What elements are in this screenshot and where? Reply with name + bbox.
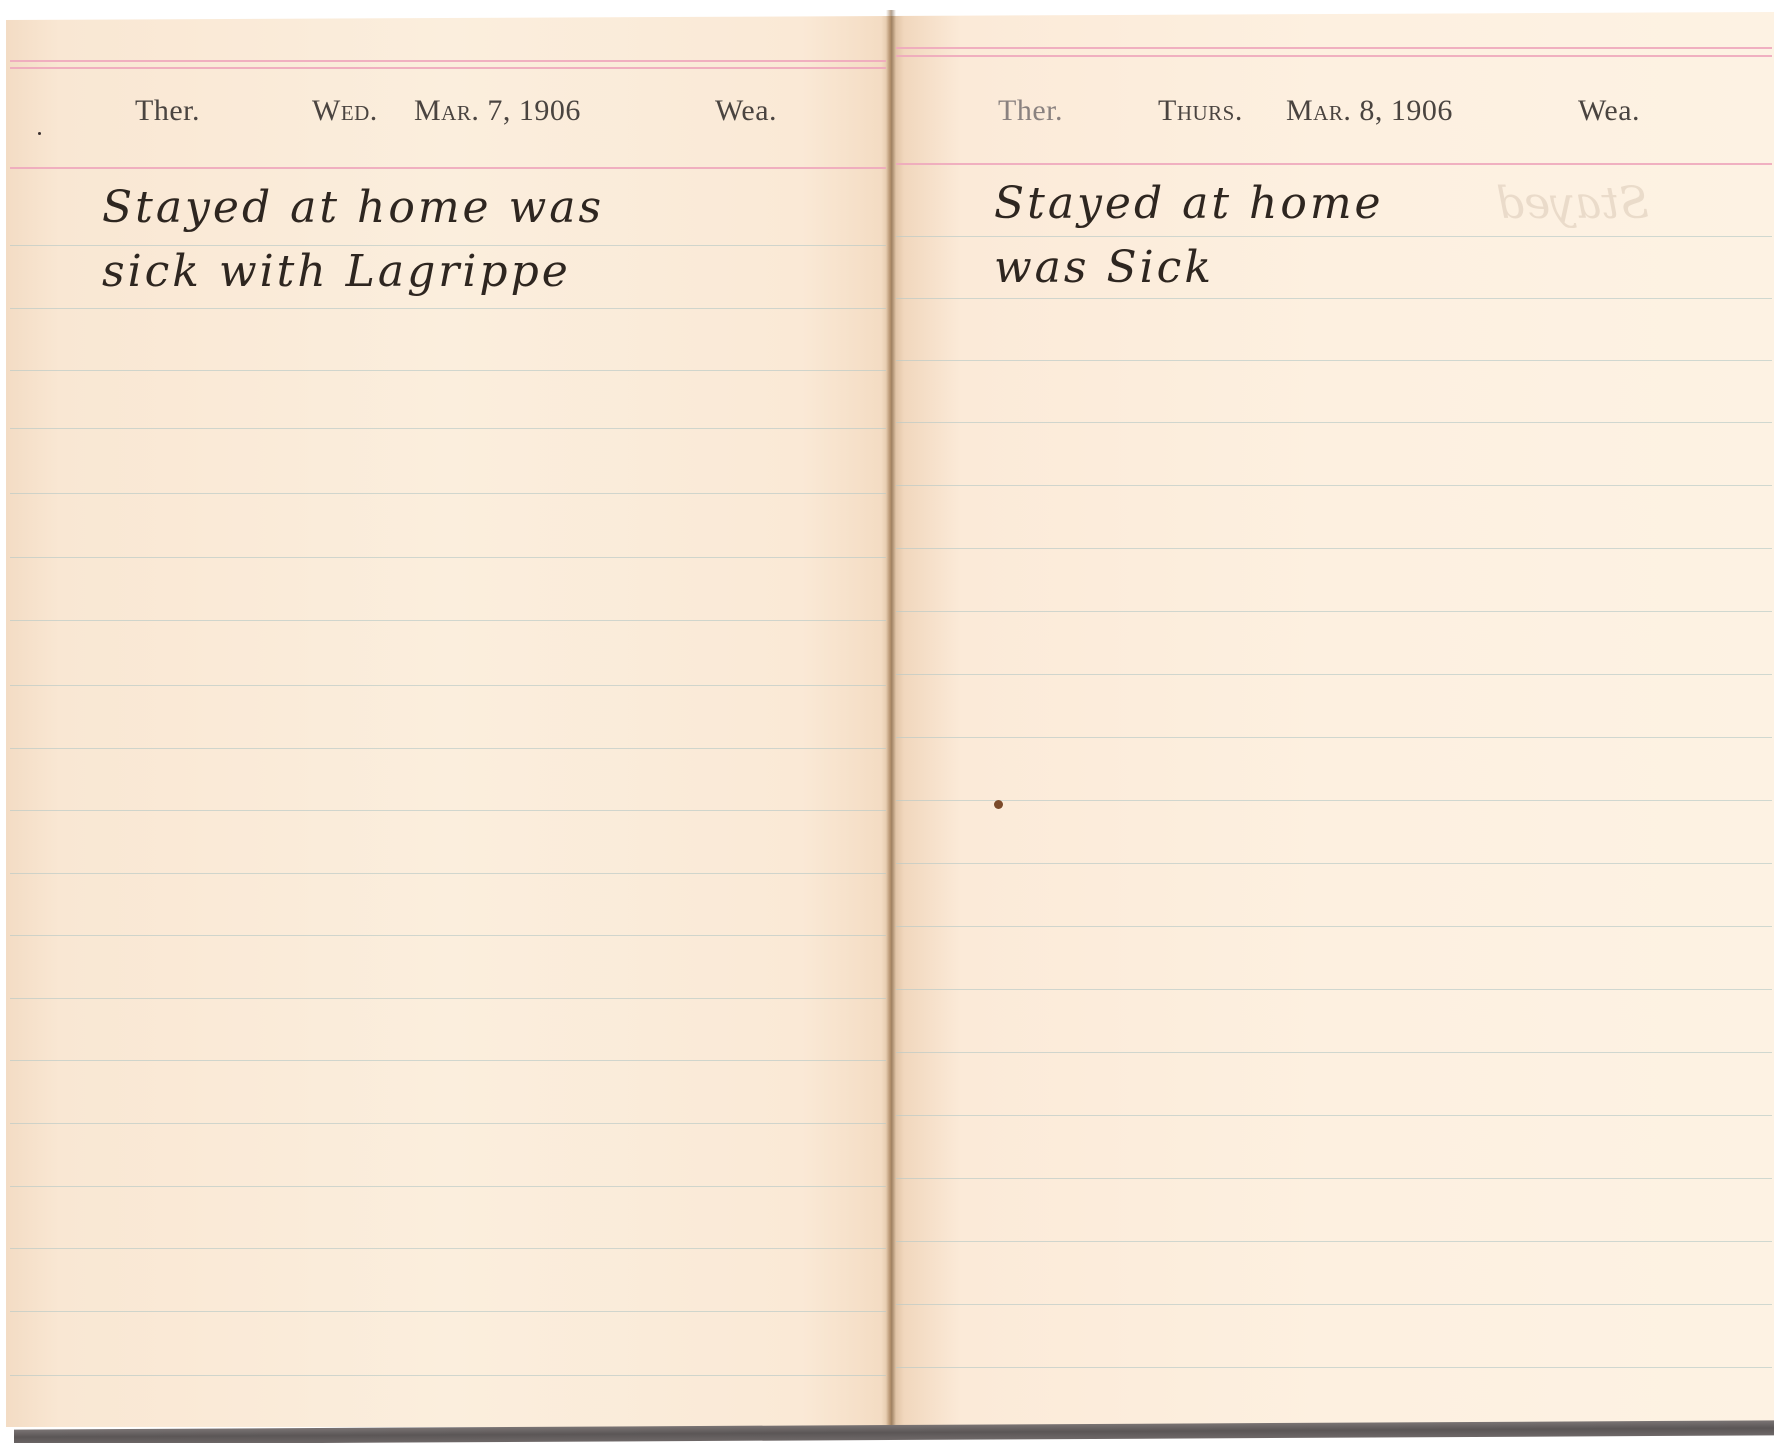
ruled-line [10,873,886,874]
ink-speck [38,132,41,135]
ruled-line [896,422,1772,423]
weather-label: Wea. [1578,94,1640,128]
ruled-line [10,308,886,309]
ruled-line [10,935,886,936]
header-top-rule [896,47,1772,49]
ruled-line [10,1186,886,1187]
ruled-line [896,800,1772,801]
ruled-line [10,493,886,494]
ruled-line [896,1367,1772,1368]
ruled-line [10,685,886,686]
ruled-line [10,748,886,749]
day-label: Wed. [312,94,378,128]
ruled-line [896,485,1772,486]
ruled-line [10,557,886,558]
ruled-line [896,1241,1772,1242]
diary-book: Ther. Wed. Mar. 7, 1906 Wea. Stayed at h… [0,0,1778,1443]
ruled-line [10,810,886,811]
ruled-line [896,674,1772,675]
entry-line-2: was Sick [994,236,1214,300]
ruled-line [896,926,1772,927]
ruled-line [896,611,1772,612]
book-spine [886,10,896,1430]
ruled-line [896,737,1772,738]
ruled-line [896,1115,1772,1116]
entry-line-2: sick with Lagrippe [102,240,571,304]
header-bottom-rule [10,167,886,169]
ruled-line [10,998,886,999]
ruled-line [896,989,1772,990]
date-label: Mar. 7, 1906 [414,94,581,128]
ruled-line [896,1052,1772,1053]
right-page: Ther. Thurs. Mar. 8, 1906 Wea. Stayed at… [896,0,1772,1430]
entry-line-1: Stayed at home [994,172,1384,236]
ruled-line [10,620,886,621]
ruled-line [10,370,886,371]
weather-label: Wea. [715,94,777,128]
ruled-line [10,1123,886,1124]
ruled-line [896,548,1772,549]
bleed-through-text: Stayed [1496,178,1649,229]
header-top-rule [10,60,886,62]
ink-spot [994,800,1003,809]
entry-line-1: Stayed at home was [102,176,604,240]
thermometer-label: Ther. [135,94,200,128]
ruled-line [896,360,1772,361]
header-top-rule-2 [896,55,1772,57]
left-page: Ther. Wed. Mar. 7, 1906 Wea. Stayed at h… [10,0,886,1430]
ruled-line [10,1375,886,1376]
ruled-line [10,1248,886,1249]
ruled-line [10,1060,886,1061]
header-bottom-rule [896,163,1772,165]
date-label: Mar. 8, 1906 [1286,94,1453,128]
header-top-rule-2 [10,67,886,69]
ruled-line [896,863,1772,864]
ruled-line [10,428,886,429]
thermometer-label: Ther. [998,94,1063,128]
ruled-line [896,1304,1772,1305]
day-label: Thurs. [1158,94,1243,128]
ruled-line [896,1178,1772,1179]
ruled-line [10,1311,886,1312]
